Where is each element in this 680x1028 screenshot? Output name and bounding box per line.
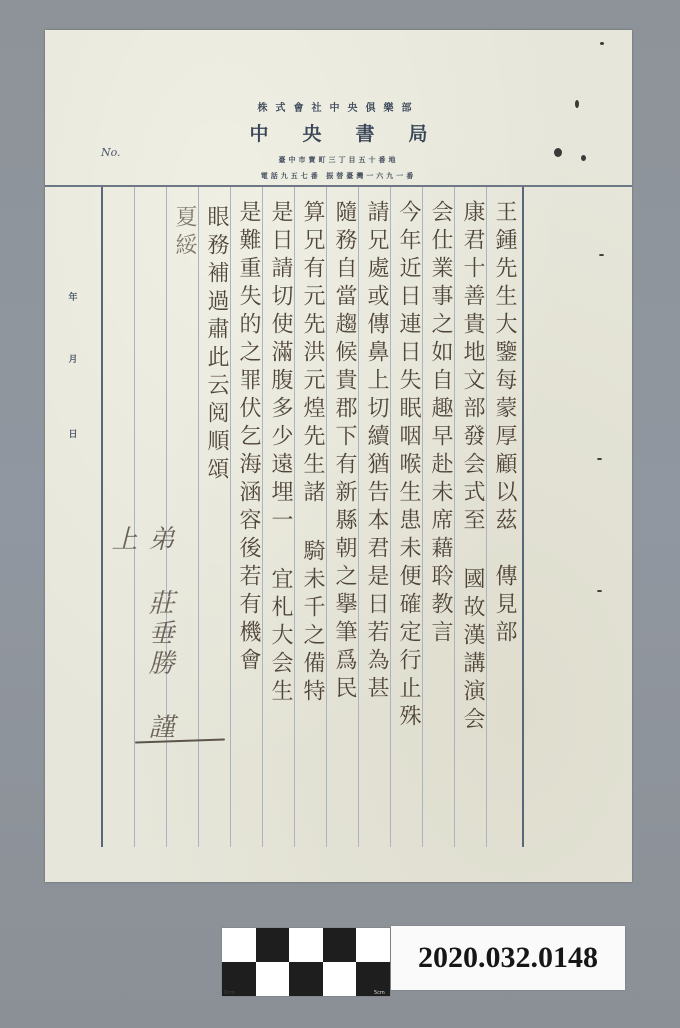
letter-column: 是難重失的之罪伏乞海涵容後若有機會 [232, 200, 264, 676]
letter-column: 王鍾先生大鑒每蒙厚顧以茲 傳見部 [488, 200, 520, 648]
ruling-line [101, 187, 103, 847]
letterhead-company: 株式會社中央俱樂部 [45, 99, 632, 114]
letter-column: 隨務自當趨候貴郡下有新縣朝之擧筆爲民 [328, 200, 360, 704]
letter-column: 請兄處或傳鼻上切續猶告本君是日若為甚 [360, 200, 392, 704]
ruling-line [522, 187, 524, 847]
paper-stain [554, 148, 562, 157]
letter-column: 眼務補過肅此云阅順頌 [200, 205, 232, 485]
scale-start-label: 0cm [224, 990, 235, 996]
paper-stain [597, 590, 602, 592]
date-column: 年 月 日 [45, 187, 101, 847]
signature: 弟 莊垂勝 謹上 [128, 525, 178, 765]
letter-paper: 株式會社中央俱樂部 中央書局 No. 臺中市寶町三丁目五十番地 電話九五七番 振… [45, 30, 632, 882]
scale-end-label: 5cm [374, 990, 385, 996]
letter-column: 今年近日連日失眠咽喉生患未便確定行止殊 [392, 200, 424, 732]
paper-stain [597, 458, 602, 460]
letterhead-title: 中央書局 [45, 119, 632, 146]
paper-stain [581, 155, 586, 161]
accession-number-label: 2020.032.0148 [391, 926, 625, 990]
paper-stain [599, 254, 604, 256]
letter-closing: 夏綏 [168, 205, 200, 261]
paper-stain [600, 42, 604, 45]
letter-column: 康君十善貴地文部發会式至 國故漢講演会 [456, 200, 488, 735]
letter-column: 是日請切使滿腹多少遠埋一 宜札大会生 [264, 200, 296, 707]
letterhead: 株式會社中央俱樂部 中央書局 No. 臺中市寶町三丁目五十番地 電話九五七番 振… [45, 30, 632, 186]
letterhead-address: 臺中市寶町三丁目五十番地 [45, 155, 632, 165]
date-day-label: 日 [45, 427, 101, 440]
letterhead-phone: 電話九五七番 振替臺灣一六九一番 [45, 171, 632, 181]
letter-column: 会仕業事之如自趣早赴未席藉聆教言 [424, 200, 456, 648]
color-scale-bar [222, 928, 390, 996]
date-year-label: 年 [45, 290, 101, 303]
letter-column: 算兄有元先洪元煌先生諸 騎未千之備特 [296, 200, 328, 707]
paper-stain [575, 100, 579, 108]
date-month-label: 月 [45, 352, 101, 365]
ruling-line [198, 187, 199, 847]
